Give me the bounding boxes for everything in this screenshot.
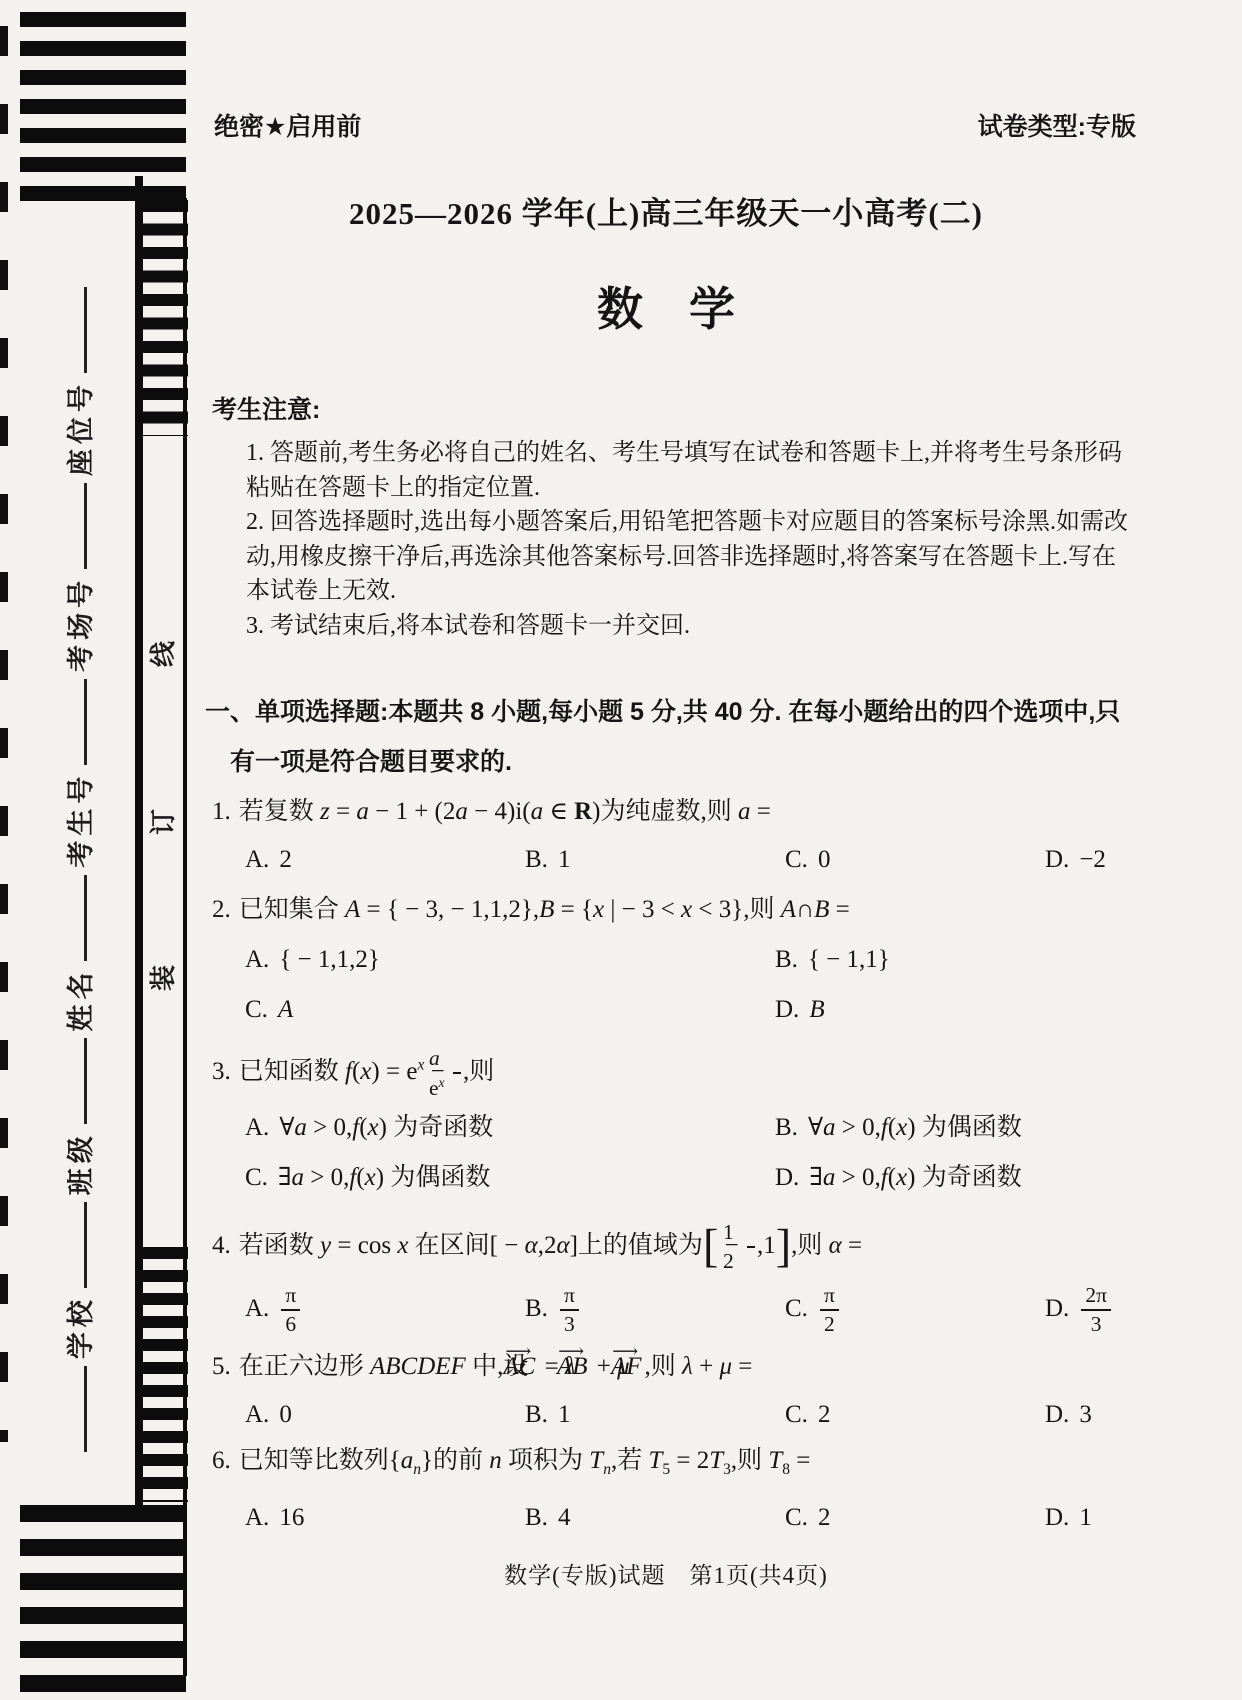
notice-item-2: 2.回答选择题时,选出每小题答案后,用铅笔把答题卡对应题目的答案标号涂黑.如需改… [246, 505, 1136, 609]
question-number: 3. [212, 1058, 231, 1085]
binding-char-mount: 装 [146, 960, 182, 996]
q3-option-c: C.∃a > 0,f(x) 为偶函数 [245, 1161, 775, 1195]
notice-item-number: 1. [246, 440, 264, 466]
blank-line [70, 679, 87, 765]
section-heading: 一、单项选择题:本题共 8 小题,每小题 5 分,共 40 分. 在每小题给出的… [190, 687, 1142, 787]
notice-item-text: 答题前,考生务必将自己的姓名、考生号填写在试卷和答题卡上,并将考生号条形码粘贴在… [246, 440, 1122, 501]
option-value: B [809, 996, 824, 1023]
option-label: D. [775, 996, 799, 1023]
binding-edge-line [183, 198, 187, 1676]
option-label: C. [245, 1164, 268, 1191]
q2-option-c: C.A [245, 993, 775, 1027]
q2-option-b: B.{ − 1,1} [775, 943, 1142, 977]
label-name: 姓名 [59, 967, 98, 1031]
option-value: 0 [818, 846, 831, 873]
question-2-stem: 2.已知集合 A = { − 3, − 1,1,2},B = {x | − 3 … [190, 893, 1142, 927]
option-label: B. [525, 846, 548, 873]
question-5-stem: 5.在正六边形 ABCDEF 中,设AC = λ AB + μ AF,则 λ +… [190, 1350, 1142, 1384]
binding-char-line: 线 [146, 636, 182, 672]
q1-option-c: C.0 [785, 843, 1045, 877]
option-value: π6 [279, 1295, 302, 1322]
blank-line [70, 1366, 87, 1452]
option-label: B. [525, 1504, 548, 1531]
notice-list: 1.答题前,考生务必将自己的姓名、考生号填写在试卷和答题卡上,并将考生号条形码粘… [190, 436, 1142, 643]
label-school: 学校 [59, 1295, 98, 1359]
question-3-stem: 3.已知函数 f(x) = ex − aex,则 [190, 1047, 1142, 1099]
binding-stem-line [135, 176, 143, 1508]
option-value: 1 [558, 846, 571, 873]
security-marking: 绝密★启用前 [214, 112, 361, 142]
option-label: D. [1045, 846, 1069, 873]
question-number: 2. [212, 896, 231, 923]
option-label: D. [1045, 1295, 1069, 1322]
option-label: A. [245, 946, 269, 973]
bottom-barcode-bars [20, 1505, 186, 1695]
question-6-stem: 6.已知等比数列{an}的前 n 项积为 Tn,若 T5 = 2T3,则 T8 … [190, 1444, 1142, 1487]
q6-option-d: D.1 [1045, 1501, 1142, 1535]
q2-option-a: A.{ − 1,1,2} [245, 943, 775, 977]
option-value: ∀a > 0,f(x) 为奇函数 [279, 1114, 493, 1141]
q3-option-b: B.∀a > 0,f(x) 为偶函数 [775, 1111, 1142, 1145]
q6-option-c: C.2 [785, 1501, 1045, 1535]
q3-option-a: A.∀a > 0,f(x) 为奇函数 [245, 1111, 775, 1145]
option-value: 2 [279, 846, 292, 873]
question-text: 若函数 y = cos x 在区间[ − α,2α]上的值域为[ − 12,1]… [239, 1232, 862, 1259]
q4-option-a: A.π6 [245, 1284, 525, 1335]
question-text: 已知函数 f(x) = ex − aex,则 [239, 1058, 494, 1085]
question-text: 已知等比数列{an}的前 n 项积为 Tn,若 T5 = 2T3,则 T8 = [239, 1447, 811, 1474]
option-label: A. [245, 1295, 269, 1322]
option-value: 2π3 [1079, 1295, 1113, 1322]
q6-option-a: A.16 [245, 1501, 525, 1535]
notice-item-1: 1.答题前,考生务必将自己的姓名、考生号填写在试卷和答题卡上,并将考生号条形码粘… [246, 436, 1136, 505]
option-value: A [278, 996, 293, 1023]
option-value: ∀a > 0,f(x) 为偶函数 [808, 1114, 1022, 1141]
q1-option-d: D.−2 [1045, 843, 1142, 877]
page-footer: 数学(专版)试题 第1页(共4页) [190, 1557, 1142, 1590]
question-4-options: A.π6 B.π3 C.π2 D.2π3 [245, 1284, 1142, 1335]
label-class: 班级 [59, 1131, 98, 1195]
question-1-stem: 1.若复数 z = a − 1 + (2a − 4)i(a ∈ R)为纯虚数,则… [190, 795, 1142, 829]
option-value: 2 [818, 1504, 831, 1531]
page-edge-tick-marks [0, 26, 8, 1442]
option-label: B. [525, 1295, 548, 1322]
option-label: B. [775, 1114, 798, 1141]
blank-line [70, 287, 87, 373]
option-label: A. [245, 1114, 269, 1141]
question-5-options: A.0 B.1 C.2 D.3 [245, 1398, 1142, 1432]
question-text: 已知集合 A = { − 3, − 1,1,2},B = {x | − 3 < … [239, 896, 850, 923]
option-label: C. [785, 1504, 808, 1531]
option-value: 4 [558, 1504, 571, 1531]
option-label: C. [785, 846, 808, 873]
label-exam-room: 考场号 [59, 576, 98, 672]
blank-line [70, 1038, 87, 1124]
option-value: 0 [279, 1401, 292, 1428]
q2-option-d: D.B [775, 993, 1142, 1027]
q6-option-b: B.4 [525, 1501, 785, 1535]
option-value: 1 [558, 1401, 571, 1428]
question-3-options: A.∀a > 0,f(x) 为奇函数 B.∀a > 0,f(x) 为偶函数 C.… [245, 1111, 1142, 1195]
q5-option-b: B.1 [525, 1398, 785, 1432]
q5-option-c: C.2 [785, 1398, 1045, 1432]
option-value: 2 [818, 1401, 831, 1428]
option-value: ∃a > 0,f(x) 为奇函数 [809, 1164, 1021, 1191]
q5-option-d: D.3 [1045, 1398, 1142, 1432]
header-row: 绝密★启用前 试卷类型:专版 [214, 112, 1136, 142]
question-number: 4. [212, 1232, 231, 1259]
question-1-options: A.2 B.1 C.0 D.−2 [245, 843, 1142, 877]
binding-char-stitch: 订 [146, 804, 182, 840]
exam-paper-page: 学校 班级 姓名 考生号 考场号 座位号 线 订 装 绝密★启用前 试卷类型:专… [0, 0, 1242, 1700]
q4-option-c: C.π2 [785, 1284, 1045, 1335]
exam-title: 2025—2026 学年(上)高三年级天一小高考(二) [190, 194, 1142, 234]
option-label: A. [245, 1401, 269, 1428]
option-label: C. [245, 996, 268, 1023]
question-text: 在正六边形 ABCDEF 中,设AC = λ AB + μ AF,则 λ + μ… [239, 1353, 753, 1380]
option-label: B. [775, 946, 798, 973]
question-number: 5. [212, 1353, 231, 1380]
question-6-options: A.16 B.4 C.2 D.1 [245, 1501, 1142, 1535]
q3-option-d: D.∃a > 0,f(x) 为奇函数 [775, 1161, 1142, 1195]
option-value: −2 [1079, 846, 1106, 873]
option-value: { − 1,1} [808, 946, 890, 973]
question-2-options: A.{ − 1,1,2} B.{ − 1,1} C.A D.B [245, 943, 1142, 1027]
option-label: B. [525, 1401, 548, 1428]
notice-item-number: 2. [246, 509, 264, 535]
question-4-stem: 4.若函数 y = cos x 在区间[ − α,2α]上的值域为[ − 12,… [190, 1221, 1142, 1272]
question-number: 1. [212, 798, 231, 825]
option-label: D. [775, 1164, 799, 1191]
notice-item-number: 3. [246, 613, 264, 639]
option-label: A. [245, 1504, 269, 1531]
top-barcode-bars [20, 12, 186, 202]
student-info-labels: 学校 班级 姓名 考生号 考场号 座位号 [42, 287, 114, 1452]
label-seat-number: 座位号 [59, 380, 98, 476]
notice-item-text: 考试结束后,将本试卷和答题卡一并交回. [270, 613, 690, 639]
q1-option-a: A.2 [245, 843, 525, 877]
notice-item-text: 回答选择题时,选出每小题答案后,用铅笔把答题卡对应题目的答案标号涂黑.如需改动,… [246, 509, 1128, 604]
option-value: 3 [1079, 1401, 1092, 1428]
option-value: { − 1,1,2} [279, 946, 380, 973]
option-value: 1 [1079, 1504, 1092, 1531]
question-number: 6. [212, 1447, 231, 1474]
blank-line [70, 483, 87, 569]
subject-title: 数 学 [190, 280, 1142, 338]
option-value: π3 [558, 1295, 581, 1322]
q5-option-a: A.0 [245, 1398, 525, 1432]
option-value: π2 [818, 1295, 841, 1322]
option-label: D. [1045, 1504, 1069, 1531]
blank-line [70, 1202, 87, 1288]
question-text: 若复数 z = a − 1 + (2a − 4)i(a ∈ R)为纯虚数,则 a… [239, 798, 771, 825]
option-label: A. [245, 846, 269, 873]
label-candidate-number: 考生号 [59, 772, 98, 868]
option-label: C. [785, 1295, 808, 1322]
notice-heading: 考生注意: [212, 394, 1142, 426]
notice-item-3: 3.考试结束后,将本试卷和答题卡一并交回. [246, 609, 1136, 644]
q4-option-b: B.π3 [525, 1284, 785, 1335]
option-value: 16 [279, 1504, 304, 1531]
option-value: ∃a > 0,f(x) 为偶函数 [278, 1164, 490, 1191]
q1-option-b: B.1 [525, 843, 785, 877]
option-label: D. [1045, 1401, 1069, 1428]
option-label: C. [785, 1401, 808, 1428]
blank-line [70, 875, 87, 961]
paper-type-label: 试卷类型:专版 [978, 112, 1136, 142]
paper-content: 绝密★启用前 试卷类型:专版 2025—2026 学年(上)高三年级天一小高考(… [190, 0, 1142, 1590]
q4-option-d: D.2π3 [1045, 1284, 1142, 1335]
